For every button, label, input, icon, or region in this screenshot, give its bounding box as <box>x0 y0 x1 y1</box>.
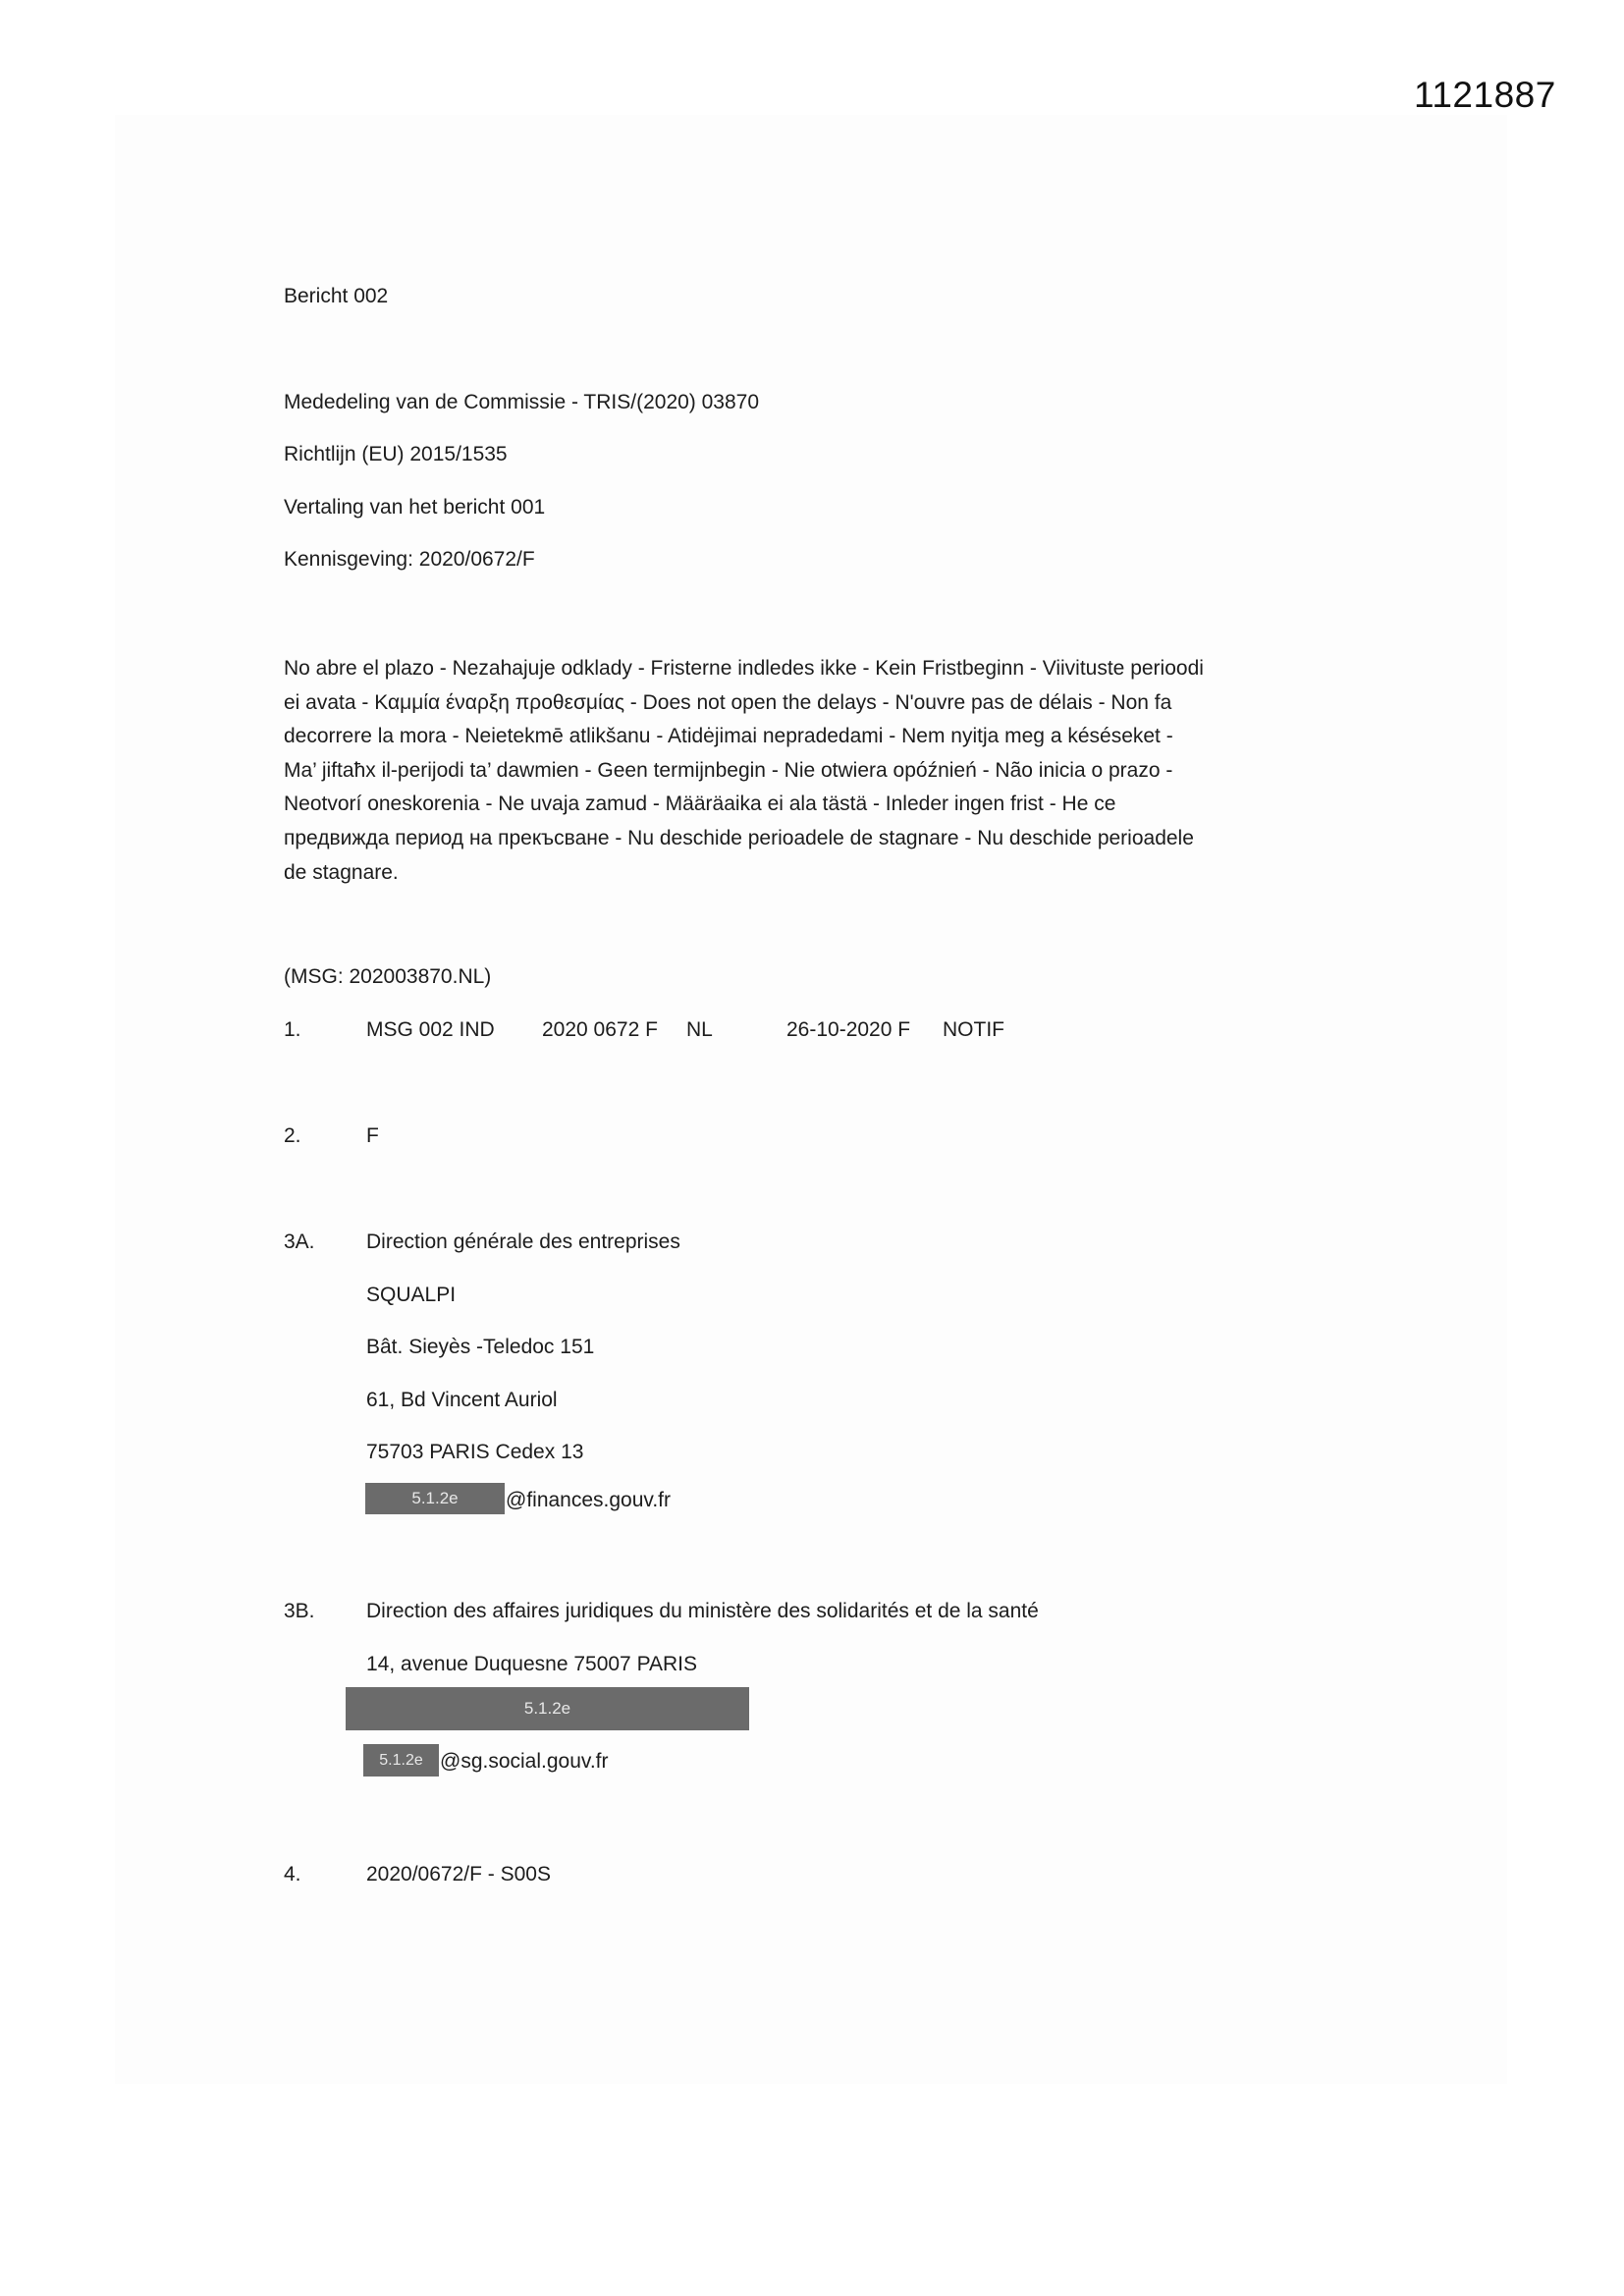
item-1-msg: MSG 002 IND <box>366 1017 495 1043</box>
item-2-value: F <box>366 1123 379 1149</box>
item-3b-address: 14, avenue Duquesne 75007 PARIS <box>366 1652 697 1677</box>
document-id: 1121887 <box>1414 75 1556 116</box>
redaction-block: 5.1.2e <box>365 1483 505 1514</box>
redaction-block: 5.1.2e <box>363 1744 439 1777</box>
multilingual-notice: No abre el plazo - Nezahajuje odklady - … <box>284 652 1344 890</box>
redaction-block: 5.1.2e <box>346 1687 749 1730</box>
notice-line: No abre el plazo - Nezahajuje odklady - … <box>284 652 1344 686</box>
item-3b-email-domain: @sg.social.gouv.fr <box>440 1749 609 1775</box>
item-4-number: 4. <box>284 1862 301 1887</box>
msg-reference: (MSG: 202003870.NL) <box>284 964 491 990</box>
notice-line: de stagnare. <box>284 856 1344 891</box>
item-2-number: 2. <box>284 1123 301 1149</box>
item-3a-department: SQUALPI <box>366 1283 456 1308</box>
item-4-value: 2020/0672/F - S00S <box>366 1862 551 1887</box>
notice-line: decorrere la mora - Neietekmē atlikšanu … <box>284 720 1344 754</box>
notification-number: Kennisgeving: 2020/0672/F <box>284 547 535 573</box>
notice-line: Neotvorí oneskorenia - Ne uvaja zamud - … <box>284 788 1344 822</box>
item-1-notif-number: 2020 0672 F <box>542 1017 658 1043</box>
notice-line: Ma’ jiftaħx il-perijodi ta’ dawmien - Ge… <box>284 754 1344 789</box>
item-3a-organisation: Direction générale des entreprises <box>366 1230 680 1255</box>
translation-note: Vertaling van het bericht 001 <box>284 495 545 520</box>
directive-reference: Richtlijn (EU) 2015/1535 <box>284 442 508 467</box>
item-3a-city: 75703 PARIS Cedex 13 <box>366 1440 583 1465</box>
commission-communication: Mededeling van de Commissie - TRIS/(2020… <box>284 390 759 415</box>
item-1-number: 1. <box>284 1017 301 1043</box>
item-3a-email-domain: @finances.gouv.fr <box>506 1488 671 1513</box>
item-1-type: NOTIF <box>943 1017 1004 1043</box>
notice-line: предвижда период на прекъсване - Nu desc… <box>284 822 1344 856</box>
item-3a-number: 3A. <box>284 1230 315 1255</box>
message-number: Bericht 002 <box>284 284 388 309</box>
item-3b-number: 3B. <box>284 1599 315 1624</box>
item-3a-building: Bât. Sieyès -Teledoc 151 <box>366 1335 594 1360</box>
item-3b-organisation: Direction des affaires juridiques du min… <box>366 1599 1039 1624</box>
item-1-date: 26-10-2020 F <box>786 1017 910 1043</box>
item-3a-street: 61, Bd Vincent Auriol <box>366 1388 558 1413</box>
notice-line: ei avata - Καμμία έναρξη προθεσμίας - Do… <box>284 686 1344 721</box>
item-1-language: NL <box>686 1017 713 1043</box>
